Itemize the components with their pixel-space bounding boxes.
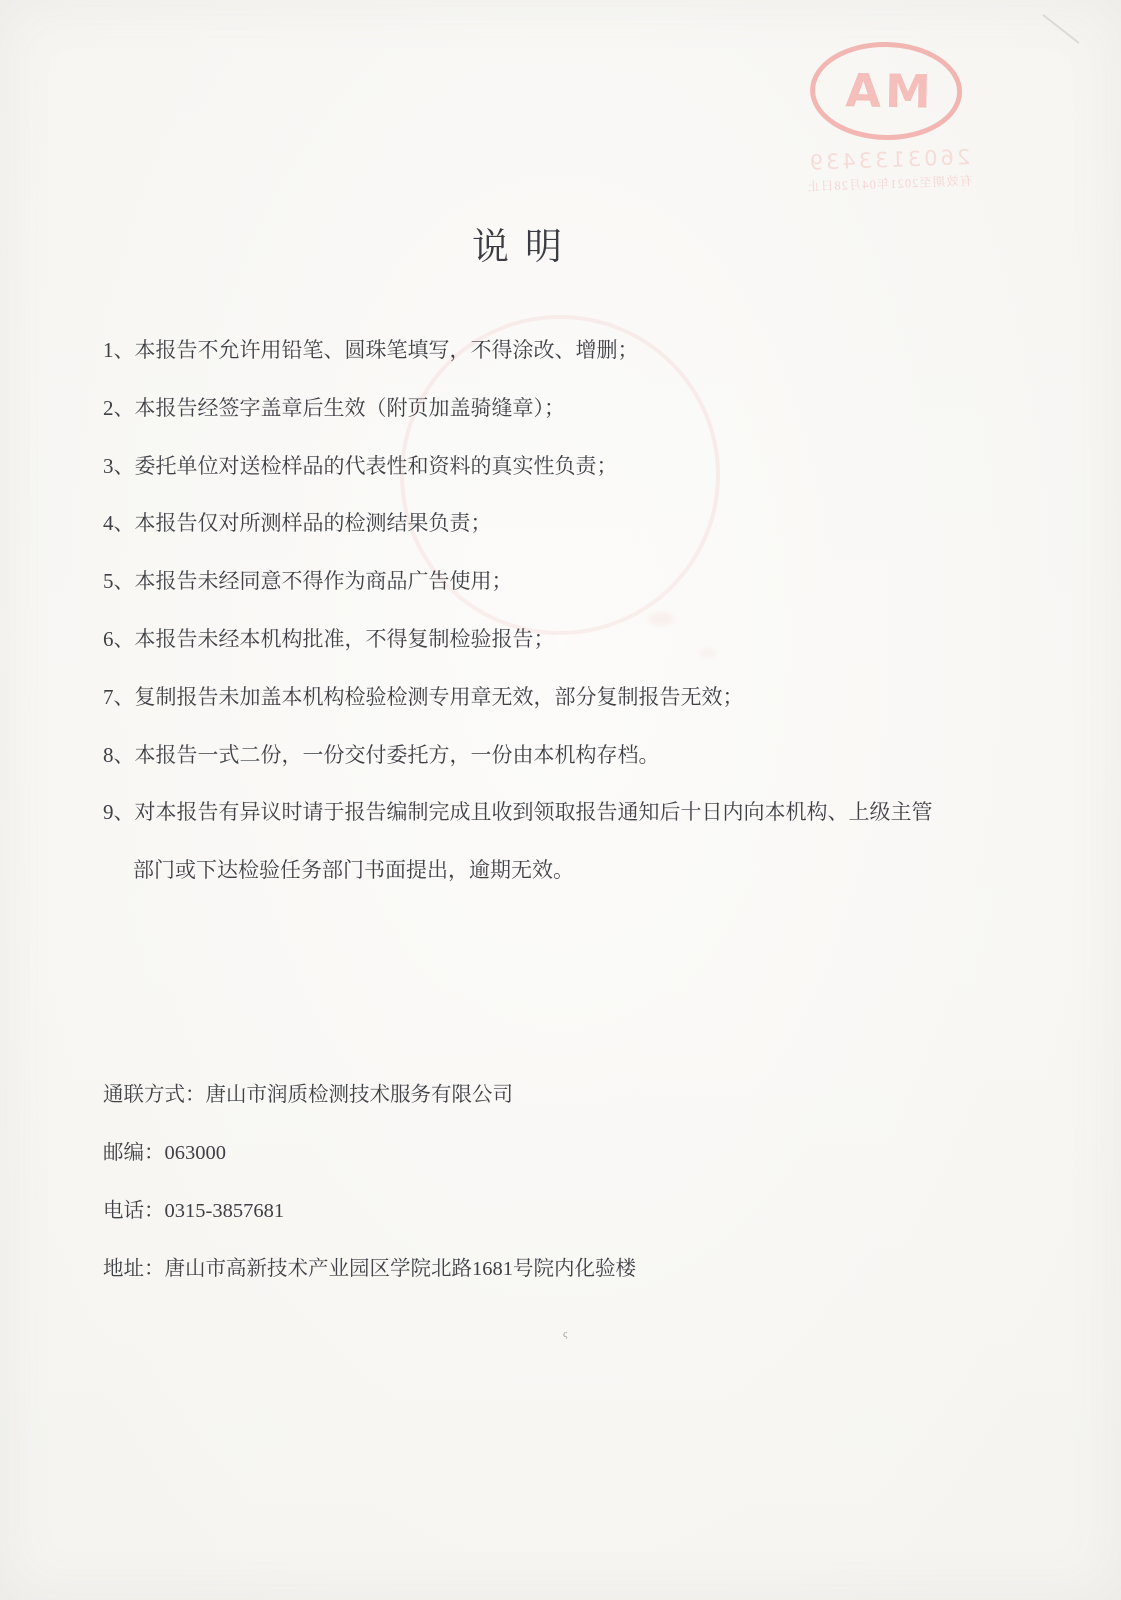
scanned-report-notes-page: MA 2603133439 有效期至2021年04月28日止 说明 1、本报告不… [0,0,1121,1600]
note-item-7: 7、复制报告未加盖本机构检验检测专用章无效，部分复制报告无效； [103,669,1066,727]
scan-scratch-artifact [1042,14,1079,44]
note-number: 4、 [103,511,135,535]
page-title: 说明 [0,216,1050,270]
note-item-2: 2、本报告经签字盖章后生效（附页加盖骑缝章）； [103,380,1066,438]
note-text: 本报告仅对所测样品的检测结果负责； [135,511,492,535]
scan-speck-artifact: ς [563,1328,567,1340]
cma-stamp-mirrored: MA 2603133439 有效期至2021年04月28日止 [769,38,1004,196]
notes-list: 1、本报告不允许用铅笔、圆珠笔填写，不得涂改、增删； 2、本报告经签字盖章后生效… [103,322,1066,900]
note-number: 8、 [103,743,135,767]
note-number: 9、 [103,800,135,824]
note-text: 本报告不允许用铅笔、圆珠笔填写，不得涂改、增删； [135,338,639,362]
cma-logo-letters: MA [841,63,931,119]
note-number: 2、 [103,396,135,420]
note-text: 本报告一式二份，一份交付委托方，一份由本机构存档。 [135,743,660,767]
note-item-4: 4、本报告仅对所测样品的检测结果负责； [103,495,1066,553]
note-number: 6、 [103,627,135,651]
note-item-5: 5、本报告未经同意不得作为商品广告使用； [103,553,1066,611]
contact-postcode-line: 邮编：063000 [103,1124,1066,1182]
contact-address-line: 地址：唐山市高新技术产业园区学院北路1681号院内化验楼 [103,1240,1066,1298]
note-text: 本报告未经本机构批准，不得复制检验报告； [135,627,555,651]
note-item-6: 6、本报告未经本机构批准，不得复制检验报告； [103,611,1066,669]
note-number: 5、 [103,569,135,593]
note-text: 本报告经签字盖章后生效（附页加盖骑缝章）； [135,396,566,420]
note-item-9: 9、对本报告有异议时请于报告编制完成且收到领取报告通知后十日内向本机构、上级主管… [103,784,1066,900]
contact-phone-line: 电话：0315-3857681 [103,1182,1066,1240]
cma-stamp-oval: MA [809,41,963,142]
note-item-8: 8、本报告一式二份，一份交付委托方，一份由本机构存档。 [103,727,1066,785]
note-text-continued: 部门或下达检验任务部门书面提出，逾期无效。 [103,842,1066,900]
note-text: 对本报告有异议时请于报告编制完成且收到领取报告通知后十日内向本机构、上级主管 [135,800,933,824]
contact-method-line: 通联方式：唐山市润质检测技术服务有限公司 [103,1066,1066,1124]
note-text: 本报告未经同意不得作为商品广告使用； [135,569,513,593]
note-number: 3、 [103,454,135,478]
contact-block: 通联方式：唐山市润质检测技术服务有限公司 邮编：063000 电话：0315-3… [103,1066,1066,1298]
cma-validity-text: 有效期至2021年04月28日止 [774,170,1004,196]
note-number: 7、 [103,685,135,709]
note-item-1: 1、本报告不允许用铅笔、圆珠笔填写，不得涂改、增删； [103,322,1066,380]
note-text: 复制报告未加盖本机构检验检测专用章无效，部分复制报告无效； [135,685,744,709]
note-item-3: 3、委托单位对送检样品的代表性和资料的真实性负责； [103,438,1066,496]
cma-certificate-number: 2603133439 [773,144,1004,176]
note-text: 委托单位对送检样品的代表性和资料的真实性负责； [135,454,618,478]
note-number: 1、 [103,338,135,362]
